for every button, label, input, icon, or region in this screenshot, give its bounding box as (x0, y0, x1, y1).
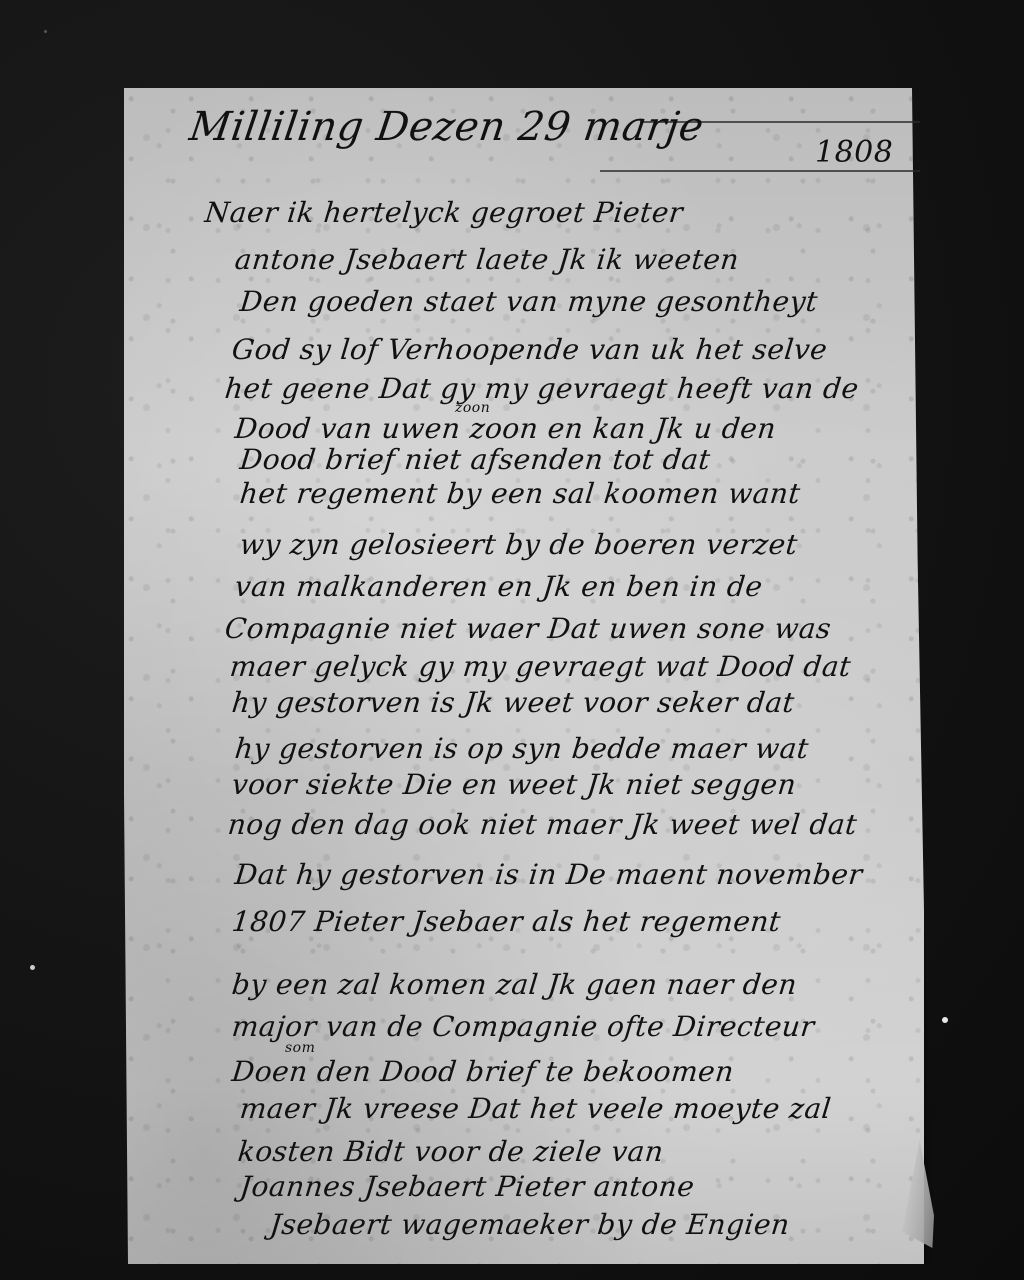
letter-line: maer gelyck gy my gevraegt wat Dood dat (228, 650, 853, 683)
letter-line: Naer ik hertelyck gegroet Pieter (203, 196, 684, 229)
letter-line: het geene Dat gy my gevraegt heeft van d… (223, 372, 860, 405)
header-rule (600, 170, 920, 172)
scan-background: Milliling Dezen 29 marje 1808 Naer ik he… (0, 0, 1024, 1280)
letter-line: hy gestorven is op syn bedde maer wat (233, 732, 810, 765)
letter-line: Dood van uwen zoon en kan Jk u den (233, 412, 777, 445)
letter-line: maer Jk vreese Dat het veele moeyte zal (238, 1092, 833, 1125)
dust-speck (942, 1017, 948, 1023)
dust-speck (30, 965, 35, 970)
letter-line: voor siekte Die en weet Jk niet seggen (230, 768, 798, 801)
interlinear-insertion: som (285, 1040, 315, 1056)
letter-line: Dat hy gestorven is in De maent november (233, 858, 864, 891)
dust-speck (44, 30, 47, 33)
letter-line: Joannes Jsebaert Pieter antone (238, 1170, 696, 1203)
letter-line: hy gestorven is Jk weet voor seker dat (230, 686, 796, 719)
letter-line: 1807 Pieter Jsebaer als het regement (230, 905, 782, 938)
letter-line: nog den dag ook niet maer Jk weet wel da… (226, 808, 859, 841)
letter-place-date: Milliling Dezen 29 marje (187, 104, 707, 150)
letter-line: Doen den Dood brief te bekoomen (230, 1055, 735, 1088)
letter-line: kosten Bidt voor de ziele van (236, 1135, 665, 1168)
letter-year: 1808 (815, 135, 893, 170)
letter-line: van malkanderen en Jk en ben in de (233, 570, 764, 603)
letter-line: Jsebaert wagemaeker by de Engien (268, 1208, 791, 1241)
letter-line: by een zal komen zal Jk gaen naer den (230, 968, 798, 1001)
letter-line: Compagnie niet waer Dat uwen sone was (223, 612, 833, 645)
letter-line: God sy lof Verhoopende van uk het selve (230, 333, 829, 366)
letter-line: major van de Compagnie ofte Directeur (230, 1010, 816, 1043)
letter-line: antone Jsebaert laete Jk ik weeten (233, 243, 741, 276)
letter-line: Den goeden staet van myne gesontheyt (238, 285, 819, 318)
letter-line: Dood brief niet afsenden tot dat (238, 443, 712, 476)
letter-line: het regement by een sal koomen want (238, 477, 802, 510)
letter-line: wy zyn gelosieert by de boeren verzet (238, 528, 799, 561)
